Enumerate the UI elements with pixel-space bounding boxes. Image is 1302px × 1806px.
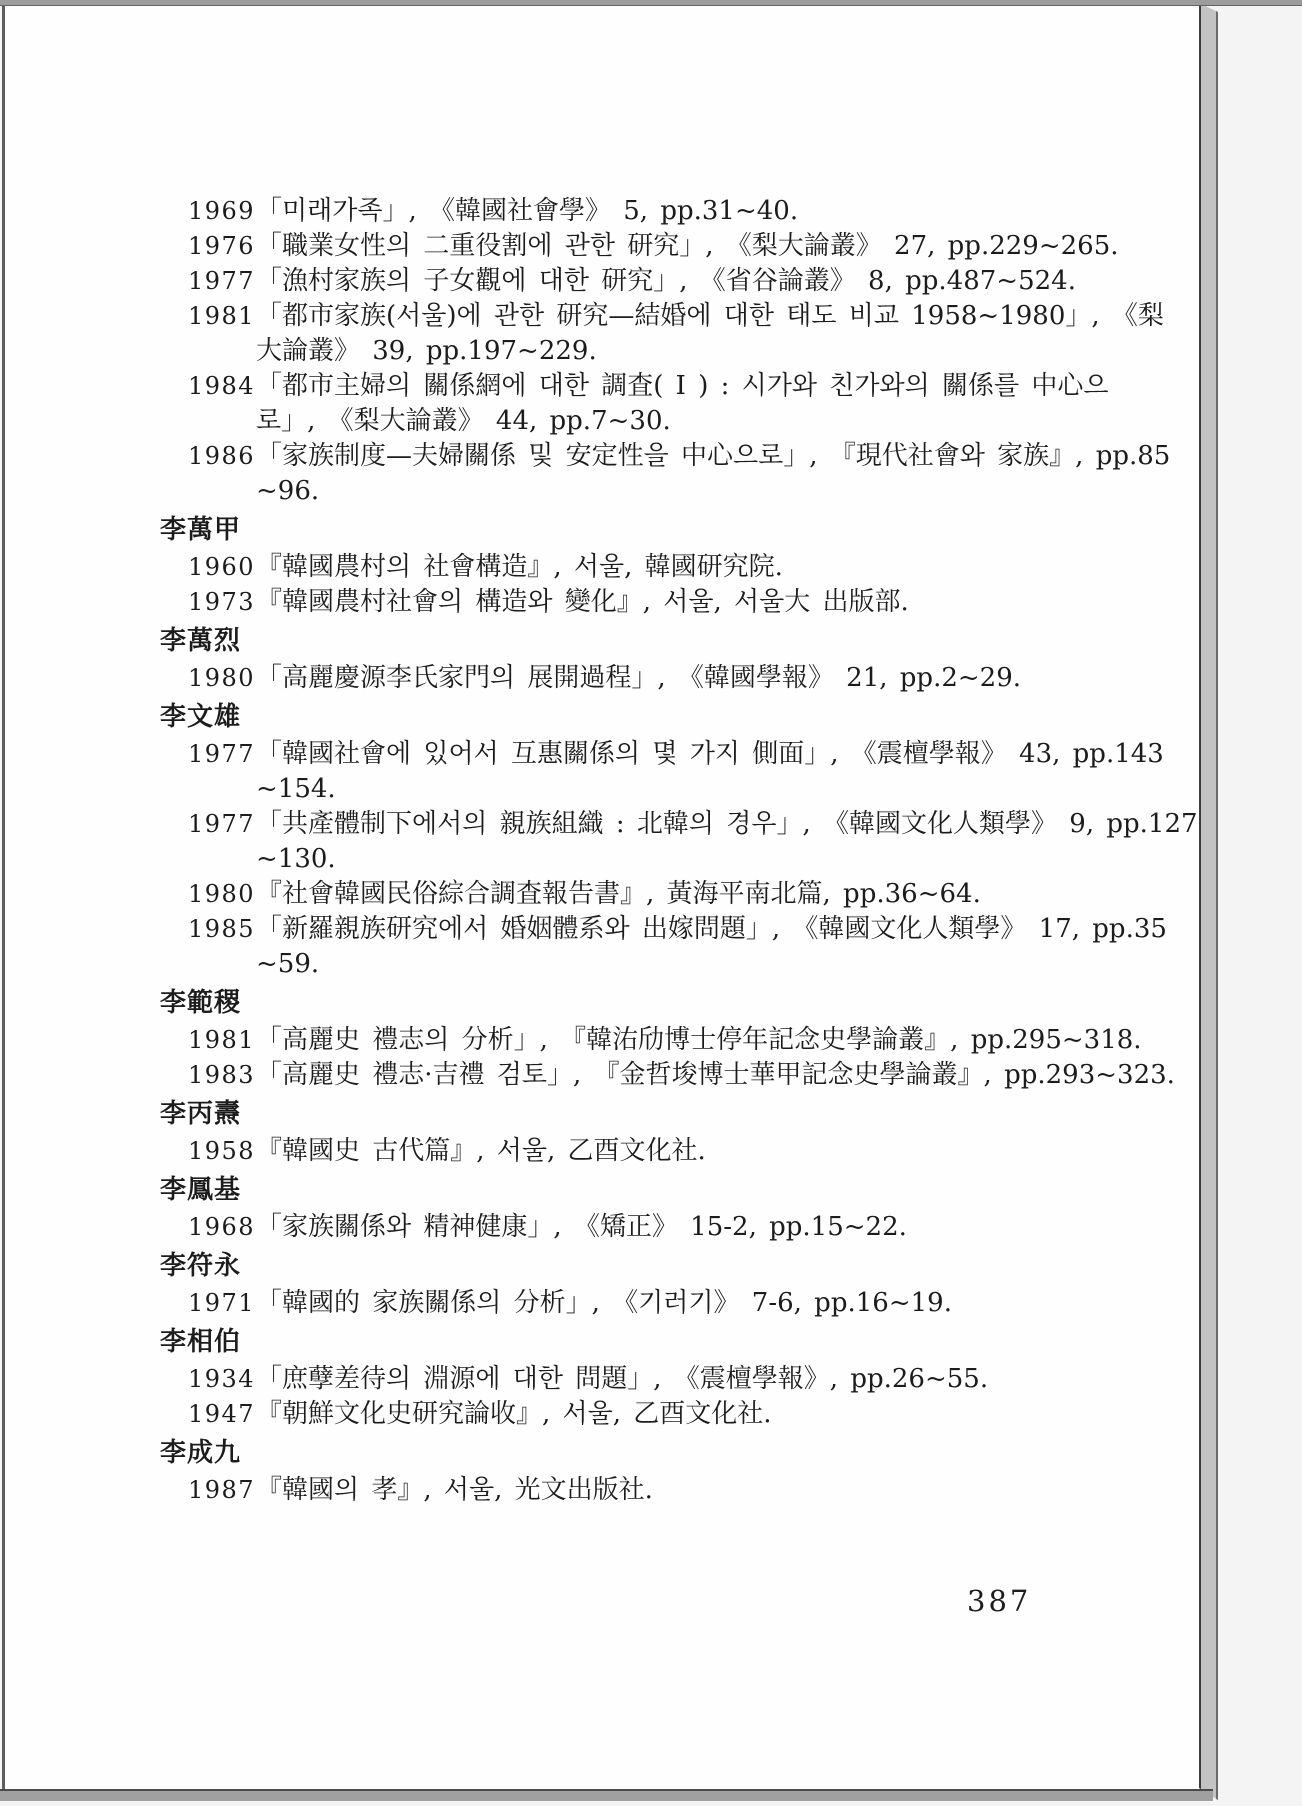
bib-entry: 1977「共產體制下에서의 親族組織 : 北韓의 경우」, 《韓國文化人類學》 … bbox=[188, 807, 1170, 877]
entry-text: 「高麗慶源李氏家門의 展開過程」, 《韓國學報》 21, pp.2~29. bbox=[256, 661, 1021, 696]
page-number: 387 bbox=[967, 1584, 1031, 1618]
entry-year: 1984 bbox=[188, 369, 256, 439]
entry-year: 1934 bbox=[188, 1362, 256, 1397]
entry-text-line: 「共產體制下에서의 親族組織 : 北韓의 경우」, 《韓國文化人類學》 9, p… bbox=[256, 807, 1198, 842]
entry-text-line: ~59. bbox=[256, 947, 1167, 982]
bib-entry: 1960『韓國農村의 社會構造』, 서울, 韓國研究院. bbox=[188, 550, 1170, 585]
entry-text-line: 「家族制度—夫婦關係 및 安定性을 中心으로」, 『現代社會와 家族』, pp.… bbox=[256, 439, 1170, 474]
entry-text-line: 「家族關係와 精神健康」, 《矯正》 15-2, pp.15~22. bbox=[256, 1210, 907, 1245]
entry-text-line: 「高麗史 禮志의 分析」, 『韓㳓劤博士停年記念史學論叢』, pp.295~31… bbox=[256, 1023, 1142, 1058]
entry-year: 1981 bbox=[188, 1023, 256, 1058]
entry-year: 1958 bbox=[188, 1134, 256, 1169]
entry-text: 『社會韓國民俗綜合調査報告書』, 黃海平南北篇, pp.36~64. bbox=[256, 877, 981, 912]
entry-text: 「韓國的 家族關係의 分析」, 《기러기》 7-6, pp.16~19. bbox=[256, 1286, 952, 1321]
entry-text: 「家族關係와 精神健康」, 《矯正》 15-2, pp.15~22. bbox=[256, 1210, 907, 1245]
bib-entry: 1969「미래가족」, 《韓國社會學》 5, pp.31~40. bbox=[188, 194, 1170, 229]
entry-text: 『韓國의 孝』, 서울, 光文出版社. bbox=[256, 1473, 653, 1508]
entry-text: 『韓國農村의 社會構造』, 서울, 韓國研究院. bbox=[256, 550, 783, 585]
entry-text: 「家族制度—夫婦關係 및 安定性을 中心으로」, 『現代社會와 家族』, pp.… bbox=[256, 439, 1170, 509]
bib-entry: 1976「職業女性의 二重役割에 관한 研究」, 《梨大論叢》 27, pp.2… bbox=[188, 229, 1170, 264]
bibliography-list: 1969「미래가족」, 《韓國社會學》 5, pp.31~40.1976「職業女… bbox=[160, 194, 1170, 1508]
entry-text-line: 「高麗慶源李氏家門의 展開過程」, 《韓國學報》 21, pp.2~29. bbox=[256, 661, 1021, 696]
entry-text-line: 「高麗史 禮志·吉禮 검토」, 『金哲埈博士華甲記念史學論叢』, pp.293~… bbox=[256, 1058, 1175, 1093]
entry-text: 「共產體制下에서의 親族組織 : 北韓의 경우」, 《韓國文化人類學》 9, p… bbox=[256, 807, 1198, 877]
bib-entry: 1980『社會韓國民俗綜合調査報告書』, 黃海平南北篇, pp.36~64. bbox=[188, 877, 1170, 912]
entry-year: 1987 bbox=[188, 1473, 256, 1508]
entry-text: 『韓國史 古代篇』, 서울, 乙酉文化社. bbox=[256, 1134, 706, 1169]
entry-text-line: 「都市家族(서울)에 관한 研究—結婚에 대한 태도 비교 1958~1980」… bbox=[256, 299, 1164, 334]
entry-year: 1977 bbox=[188, 807, 256, 877]
bib-entry: 1947『朝鮮文化史研究論收』, 서울, 乙酉文化社. bbox=[188, 1397, 1170, 1432]
entry-text: 「新羅親族研究에서 婚姻體系와 出嫁問題」, 《韓國文化人類學》 17, pp.… bbox=[256, 912, 1167, 982]
entry-text-line: 『韓國農村의 社會構造』, 서울, 韓國研究院. bbox=[256, 550, 783, 585]
entry-year: 1971 bbox=[188, 1286, 256, 1321]
author-heading: 李萬烈 bbox=[160, 624, 1170, 659]
entry-text: 『韓國農村社會의 構造와 變化』, 서울, 서울大 出版部. bbox=[256, 585, 909, 620]
bib-entry: 1968「家族關係와 精神健康」, 《矯正》 15-2, pp.15~22. bbox=[188, 1210, 1170, 1245]
entry-year: 1968 bbox=[188, 1210, 256, 1245]
author-heading: 李成九 bbox=[160, 1436, 1170, 1471]
page-frame-left bbox=[2, 5, 5, 1792]
entry-text: 「庶孽差待의 淵源에 대한 問題」, 《震檀學報》, pp.26~55. bbox=[256, 1362, 988, 1397]
entry-text-line: 「미래가족」, 《韓國社會學》 5, pp.31~40. bbox=[256, 194, 798, 229]
author-heading: 李範稷 bbox=[160, 986, 1170, 1021]
entry-year: 1981 bbox=[188, 299, 256, 369]
book-page-paper: 1969「미래가족」, 《韓國社會學》 5, pp.31~40.1976「職業女… bbox=[5, 6, 1199, 1789]
author-heading: 李文雄 bbox=[160, 700, 1170, 735]
bib-entry: 1934「庶孽差待의 淵源에 대한 問題」, 《震檀學報》, pp.26~55. bbox=[188, 1362, 1170, 1397]
page-edge bbox=[1199, 3, 1218, 1800]
author-heading: 李丙燾 bbox=[160, 1097, 1170, 1132]
entry-text: 「漁村家族의 子女觀에 대한 研究」, 《省谷論叢》 8, pp.487~524… bbox=[256, 264, 1076, 299]
bib-entry: 1977「韓國社會에 있어서 互惠關係의 몇 가지 側面」, 《震檀學報》 43… bbox=[188, 737, 1170, 807]
bib-entry: 1981「都市家族(서울)에 관한 研究—結婚에 대한 태도 비교 1958~1… bbox=[188, 299, 1170, 369]
entry-text: 「都市主婦의 關係網에 대한 調査( I ) : 시가와 친가와의 關係를 中心… bbox=[256, 369, 1108, 439]
entry-text-line: 『韓國農村社會의 構造와 變化』, 서울, 서울大 出版部. bbox=[256, 585, 909, 620]
bib-entry: 1987『韓國의 孝』, 서울, 光文出版社. bbox=[188, 1473, 1170, 1508]
bib-entry: 1984「都市主婦의 關係網에 대한 調査( I ) : 시가와 친가와의 關係… bbox=[188, 369, 1170, 439]
entry-year: 1947 bbox=[188, 1397, 256, 1432]
entry-text-line: ~96. bbox=[256, 474, 1170, 509]
entry-text: 「都市家族(서울)에 관한 研究—結婚에 대한 태도 비교 1958~1980」… bbox=[256, 299, 1164, 369]
entry-text-line: 『韓國의 孝』, 서울, 光文出版社. bbox=[256, 1473, 653, 1508]
entry-year: 1980 bbox=[188, 877, 256, 912]
entry-text: 「高麗史 禮志·吉禮 검토」, 『金哲埈博士華甲記念史學論叢』, pp.293~… bbox=[256, 1058, 1175, 1093]
entry-year: 1960 bbox=[188, 550, 256, 585]
entry-text-line: 『朝鮮文化史研究論收』, 서울, 乙酉文化社. bbox=[256, 1397, 772, 1432]
author-heading: 李萬甲 bbox=[160, 513, 1170, 548]
entry-year: 1983 bbox=[188, 1058, 256, 1093]
entry-year: 1969 bbox=[188, 194, 256, 229]
bib-entry: 1973『韓國農村社會의 構造와 變化』, 서울, 서울大 出版部. bbox=[188, 585, 1170, 620]
bib-entry: 1980「高麗慶源李氏家門의 展開過程」, 《韓國學報》 21, pp.2~29… bbox=[188, 661, 1170, 696]
entry-text: 「미래가족」, 《韓國社會學》 5, pp.31~40. bbox=[256, 194, 798, 229]
entry-year: 1986 bbox=[188, 439, 256, 509]
entry-text: 「職業女性의 二重役割에 관한 研究」, 《梨大論叢》 27, pp.229~2… bbox=[256, 229, 1119, 264]
entry-year: 1985 bbox=[188, 912, 256, 982]
bib-entry: 1971「韓國的 家族關係의 分析」, 《기러기》 7-6, pp.16~19. bbox=[188, 1286, 1170, 1321]
entry-year: 1977 bbox=[188, 264, 256, 299]
entry-text-line: 「漁村家族의 子女觀에 대한 研究」, 《省谷論叢》 8, pp.487~524… bbox=[256, 264, 1076, 299]
author-heading: 李相伯 bbox=[160, 1325, 1170, 1360]
entry-text-line: 『韓國史 古代篇』, 서울, 乙酉文化社. bbox=[256, 1134, 706, 1169]
entry-text-line: 『社會韓國民俗綜合調査報告書』, 黃海平南北篇, pp.36~64. bbox=[256, 877, 981, 912]
bib-entry: 1981「高麗史 禮志의 分析」, 『韓㳓劤博士停年記念史學論叢』, pp.29… bbox=[188, 1023, 1170, 1058]
entry-text: 「韓國社會에 있어서 互惠關係의 몇 가지 側面」, 《震檀學報》 43, pp… bbox=[256, 737, 1164, 807]
entry-year: 1973 bbox=[188, 585, 256, 620]
author-heading: 李符永 bbox=[160, 1249, 1170, 1284]
entry-text-line: 「新羅親族研究에서 婚姻體系와 出嫁問題」, 《韓國文化人類學》 17, pp.… bbox=[256, 912, 1167, 947]
entry-text-line: 「職業女性의 二重役割에 관한 研究」, 《梨大論叢》 27, pp.229~2… bbox=[256, 229, 1119, 264]
entry-text: 「高麗史 禮志의 分析」, 『韓㳓劤博士停年記念史學論叢』, pp.295~31… bbox=[256, 1023, 1142, 1058]
entry-text-line: 「都市主婦의 關係網에 대한 調査( I ) : 시가와 친가와의 關係를 中心… bbox=[256, 369, 1108, 404]
entry-year: 1980 bbox=[188, 661, 256, 696]
entry-text: 『朝鮮文化史研究論收』, 서울, 乙酉文化社. bbox=[256, 1397, 772, 1432]
entry-year: 1977 bbox=[188, 737, 256, 807]
entry-text-line: 「庶孽差待의 淵源에 대한 問題」, 《震檀學報》, pp.26~55. bbox=[256, 1362, 988, 1397]
entry-text-line: 大論叢》 39, pp.197~229. bbox=[256, 334, 1164, 369]
entry-text-line: ~154. bbox=[256, 772, 1164, 807]
entry-year: 1976 bbox=[188, 229, 256, 264]
author-heading: 李鳳基 bbox=[160, 1173, 1170, 1208]
entry-text-line: 「韓國社會에 있어서 互惠關係의 몇 가지 側面」, 《震檀學報》 43, pp… bbox=[256, 737, 1164, 772]
bib-entry: 1986「家族制度—夫婦關係 및 安定性을 中心으로」, 『現代社會와 家族』,… bbox=[188, 439, 1170, 509]
page-frame-top bbox=[0, 0, 1302, 6]
entry-text-line: ~130. bbox=[256, 842, 1198, 877]
entry-text-line: 로」, 《梨大論叢》 44, pp.7~30. bbox=[256, 404, 1108, 439]
bib-entry: 1958『韓國史 古代篇』, 서울, 乙酉文化社. bbox=[188, 1134, 1170, 1169]
bib-entry: 1977「漁村家族의 子女觀에 대한 研究」, 《省谷論叢》 8, pp.487… bbox=[188, 264, 1170, 299]
bib-entry: 1983「高麗史 禮志·吉禮 검토」, 『金哲埈博士華甲記念史學論叢』, pp.… bbox=[188, 1058, 1170, 1093]
bib-entry: 1985「新羅親族研究에서 婚姻體系와 出嫁問題」, 《韓國文化人類學》 17,… bbox=[188, 912, 1170, 982]
entry-text-line: 「韓國的 家族關係의 分析」, 《기러기》 7-6, pp.16~19. bbox=[256, 1286, 952, 1321]
page-frame-bottom bbox=[0, 1789, 1213, 1801]
